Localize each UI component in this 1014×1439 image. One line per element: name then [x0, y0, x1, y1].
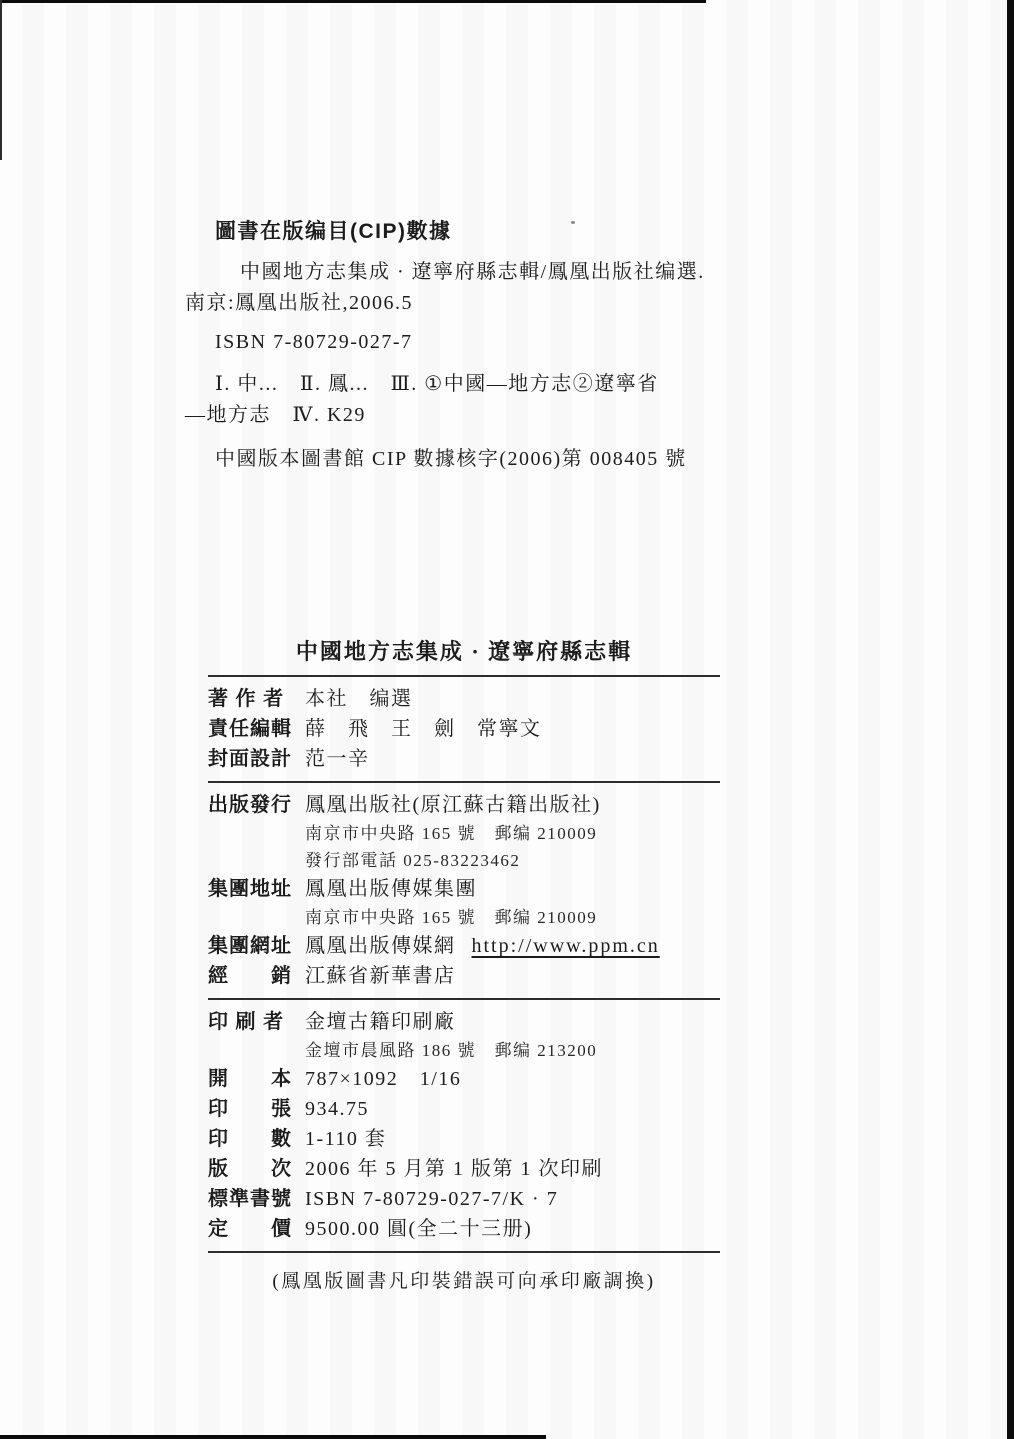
row-value: 787×1092 1/16	[305, 1064, 461, 1094]
colophon-sections: 著 作 者本社 编選責任編輯薛 飛 王 劍 常寧文封面設計范一辛出版發行鳳凰出版…	[208, 684, 720, 1253]
section-divider	[208, 998, 720, 1000]
colophon-row: 集團網址鳳凰出版傳媒網http://www.ppm.cn	[208, 931, 720, 961]
divider-under-title	[208, 675, 720, 677]
cip-line: 中國地方志集成 · 遼寧府縣志輯/鳳凰出版社编選.	[185, 257, 733, 288]
colophon-row: 金壇市晨風路 186 號 郵编 213200	[208, 1037, 720, 1064]
row-value: 金壇古籍印刷廠	[305, 1007, 456, 1037]
row-label: 封面設計	[208, 744, 305, 774]
colophon-row: 經 銷江蘇省新華書店	[208, 961, 720, 991]
row-link-url: http://www.ppm.cn	[472, 931, 660, 961]
section-divider	[208, 781, 720, 783]
row-label: 集團地址	[208, 874, 305, 904]
cip-heading: 圖書在版编目(CIP)數據	[215, 216, 733, 247]
cip-line: ISBN 7-80729-027-7	[185, 327, 733, 358]
row-label: 版 次	[208, 1154, 305, 1184]
row-label: 開 本	[208, 1064, 305, 1094]
cip-line: 南京:鳳凰出版社,2006.5	[185, 288, 733, 319]
row-value: 發行部電話 025-83223462	[305, 847, 520, 874]
colophon-row: 南京市中央路 165 號 郵编 210009	[208, 820, 720, 847]
colophon-row: 開 本787×1092 1/16	[208, 1064, 720, 1094]
colophon-row: 定 價9500.00 圓(全二十三册)	[208, 1214, 720, 1244]
row-value: 鳳凰出版傳媒集團	[305, 874, 477, 904]
row-value: 薛 飛 王 劍 常寧文	[305, 714, 542, 744]
book-title: 中國地方志集成 · 遼寧府縣志輯	[208, 636, 720, 668]
row-value: 范一辛	[305, 744, 370, 774]
cip-lines: 中國地方志集成 · 遼寧府縣志輯/鳳凰出版社编選.南京:鳳凰出版社,2006.5…	[185, 257, 733, 475]
row-label: 印 張	[208, 1094, 305, 1124]
scan-artifact-bottom-edge	[0, 1435, 546, 1439]
row-label: 定 價	[208, 1214, 305, 1244]
row-label: 標準書號	[208, 1184, 305, 1214]
row-value: 江蘇省新華書店	[305, 961, 456, 991]
row-value: ISBN 7-80729-027-7/K · 7	[305, 1184, 558, 1214]
colophon-row: 集團地址鳳凰出版傳媒集團	[208, 874, 720, 904]
scan-artifact-left-edge	[0, 0, 2, 160]
colophon-row: 出版發行鳳凰出版社(原江蘇古籍出版社)	[208, 790, 720, 820]
footer-note: (鳳凰版圖書凡印裝錯誤可向承印廠調換)	[208, 1266, 720, 1293]
row-value: 1-110 套	[305, 1124, 386, 1154]
colophon-row: 標準書號ISBN 7-80729-027-7/K · 7	[208, 1184, 720, 1214]
row-label: 經 銷	[208, 961, 305, 991]
row-value: 2006 年 5 月第 1 版第 1 次印刷	[305, 1154, 603, 1184]
colophon-row: 印 張934.75	[208, 1094, 720, 1124]
cip-line: —地方志 Ⅳ. K29	[185, 400, 733, 431]
row-label: 出版發行	[208, 790, 305, 820]
row-value: 南京市中央路 165 號 郵编 210009	[305, 820, 597, 847]
colophon-card: 中國地方志集成 · 遼寧府縣志輯 著 作 者本社 编選責任編輯薛 飛 王 劍 常…	[208, 636, 720, 1293]
row-value: 9500.00 圓(全二十三册)	[305, 1214, 532, 1244]
colophon-row: 責任編輯薛 飛 王 劍 常寧文	[208, 714, 720, 744]
colophon-row: 發行部電話 025-83223462	[208, 847, 720, 874]
colophon-row: 封面設計范一辛	[208, 744, 720, 774]
scan-artifact-top-edge	[0, 0, 706, 3]
colophon-row: 著 作 者本社 编選	[208, 684, 720, 714]
colophon-row: 南京市中央路 165 號 郵编 210009	[208, 904, 720, 931]
scanned-book-colophon-page: 圖書在版编目(CIP)數據 中國地方志集成 · 遼寧府縣志輯/鳳凰出版社编選.南…	[0, 0, 1014, 1439]
scan-artifact-right-edge	[1007, 0, 1014, 1439]
row-label: 著 作 者	[208, 684, 305, 714]
row-value: 934.75	[305, 1094, 369, 1124]
row-value: 鳳凰出版傳媒網	[305, 931, 456, 961]
row-value: 金壇市晨風路 186 號 郵编 213200	[305, 1037, 597, 1064]
row-label: 印 刷 者	[208, 1007, 305, 1037]
cip-line: Ⅰ. 中... Ⅱ. 鳳... Ⅲ. ①中國—地方志②遼寧省	[185, 369, 733, 400]
row-value: 本社 编選	[305, 684, 413, 714]
cip-line: 中國版本圖書館 CIP 數據核字(2006)第 008405 號	[185, 444, 733, 475]
row-label: 集團網址	[208, 931, 305, 961]
row-label: 印 數	[208, 1124, 305, 1154]
cip-data-block: 圖書在版编目(CIP)數據 中國地方志集成 · 遼寧府縣志輯/鳳凰出版社编選.南…	[185, 216, 733, 475]
colophon-row: 印 數1-110 套	[208, 1124, 720, 1154]
colophon-row: 印 刷 者金壇古籍印刷廠	[208, 1007, 720, 1037]
divider-above-footer-note	[208, 1251, 720, 1253]
row-label: 責任編輯	[208, 714, 305, 744]
row-value: 鳳凰出版社(原江蘇古籍出版社)	[305, 790, 601, 820]
row-value: 南京市中央路 165 號 郵编 210009	[305, 904, 597, 931]
colophon-row: 版 次2006 年 5 月第 1 版第 1 次印刷	[208, 1154, 720, 1184]
